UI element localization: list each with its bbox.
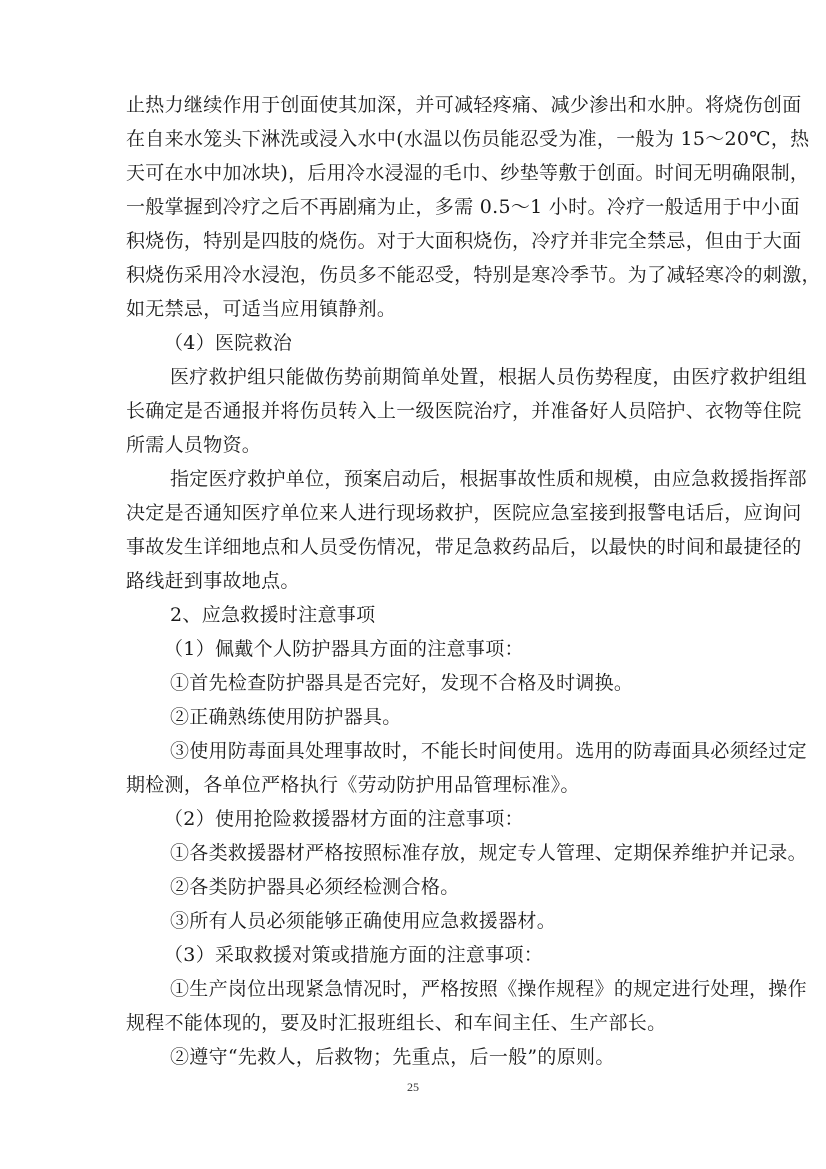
list-item: ②遵守“先救人，后救物；先重点，后一般”的原则。 [126, 1040, 702, 1074]
text-line: 期检测，各单位严格执行《劳动防护用品管理标准》。 [126, 768, 702, 802]
text-line: 天可在水中加冰块)，后用冷水浸湿的毛巾、纱垫等敷于创面。时间无明确限制， [126, 156, 702, 190]
text-line: 规程不能体现的，要及时汇报班组长、和车间主任、生产部长。 [126, 1006, 702, 1040]
text-line: 长确定是否通报并将伤员转入上一级医院治疗，并准备好人员陪护、衣物等住院 [126, 394, 702, 428]
text-line: 一般掌握到冷疗之后不再剧痛为止，多需 0.5～1 小时。冷疗一般适用于中小面 [126, 190, 702, 224]
subsection-heading: （1）佩戴个人防护器具方面的注意事项： [126, 632, 702, 666]
document-body: 止热力继续作用于创面使其加深，并可减轻疼痛、减少渗出和水肿。将烧伤创面 在自来水… [126, 88, 702, 1074]
subsection-heading: （3）采取救援对策或措施方面的注意事项： [126, 938, 702, 972]
list-item: ①首先检查防护器具是否完好，发现不合格及时调换。 [126, 666, 702, 700]
list-item: ②正确熟练使用防护器具。 [126, 700, 702, 734]
text-line: 积烧伤采用冷水浸泡，伤员多不能忍受，特别是寒冷季节。为了减轻寒冷的刺激， [126, 258, 702, 292]
text-line: 事故发生详细地点和人员受伤情况，带足急救药品后，以最快的时间和最捷径的 [126, 530, 702, 564]
section-heading: 2、应急救援时注意事项 [126, 598, 702, 632]
list-item: ②各类防护器具必须经检测合格。 [126, 870, 702, 904]
text-line: 所需人员物资。 [126, 428, 702, 462]
text-line: 在自来水笼头下淋洗或浸入水中(水温以伤员能忍受为准，一般为 15～20℃，热 [126, 122, 702, 156]
text-line: 指定医疗救护单位，预案启动后，根据事故性质和规模，由应急救援指挥部 [126, 462, 702, 496]
list-item: ①各类救援器材严格按照标准存放，规定专人管理、定期保养维护并记录。 [126, 836, 702, 870]
text-line: 决定是否通知医疗单位来人进行现场救护，医院应急室接到报警电话后，应询问 [126, 496, 702, 530]
page-number: 25 [0, 1080, 826, 1095]
list-item: ①生产岗位出现紧急情况时，严格按照《操作规程》的规定进行处理，操作 [126, 972, 702, 1006]
text-line: 止热力继续作用于创面使其加深，并可减轻疼痛、减少渗出和水肿。将烧伤创面 [126, 88, 702, 122]
list-item: ③使用防毒面具处理事故时，不能长时间使用。选用的防毒面具必须经过定 [126, 734, 702, 768]
list-item: ③所有人员必须能够正确使用应急救援器材。 [126, 904, 702, 938]
text-line: 积烧伤，特别是四肢的烧伤。对于大面积烧伤，冷疗并非完全禁忌，但由于大面 [126, 224, 702, 258]
text-line: 路线赶到事故地点。 [126, 564, 702, 598]
text-line: 医疗救护组只能做伤势前期简单处置，根据人员伤势程度，由医疗救护组组 [126, 360, 702, 394]
subsection-heading: （2）使用抢险救援器材方面的注意事项： [126, 802, 702, 836]
text-line: 如无禁忌，可适当应用镇静剂。 [126, 292, 702, 326]
section-heading: （4）医院救治 [126, 326, 702, 360]
